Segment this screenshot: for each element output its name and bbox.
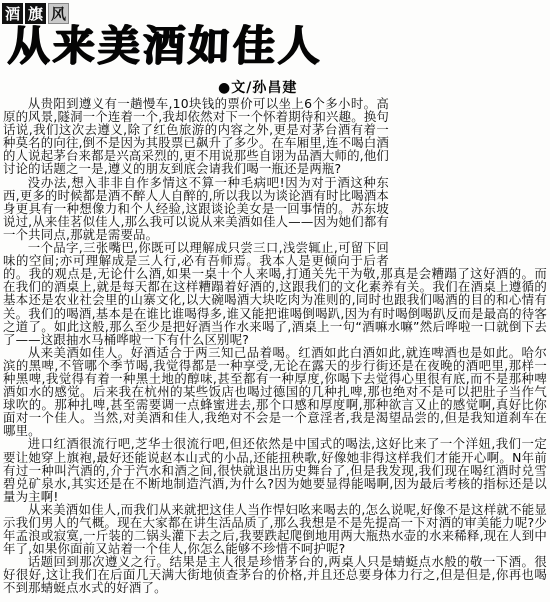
top-right-whitespace [389, 97, 547, 267]
article-title: 从来美酒如佳人 [7, 22, 324, 70]
article-byline: ●文/孙昌建 [218, 77, 297, 97]
magazine-page: 酒 旗 风 从来美酒如佳人 ●文/孙昌建 从贵阳到遵义有一趟慢车,10块钱的票价… [0, 0, 550, 602]
paragraph-5: 进口红酒很流行吧,芝华士很流行吧,但还依然是中国式的喝法,这好比来了一个洋妞,我… [3, 437, 547, 502]
paragraph-7: 话题回到那次遵义之行。结果是主人很是珍惜茅台的,两桌人只是蜻蜓点水般的敬一下酒。… [3, 555, 547, 594]
article-body: 从贵阳到遵义有一趟慢车,10块钱的票价可以坐上6个多小时。高原的风景,隧洞一个连… [3, 97, 547, 595]
paragraph-6: 从来美酒如佳人,而我们从来就把这佳人当作悍妇吆来喝去的,怎么说呢,好像不是这样就… [3, 503, 547, 555]
paragraph-4: 从来美酒如佳人。好酒适合于两三知己品着喝。红酒如此白酒如此,就连啤酒也是如此。哈… [3, 346, 547, 438]
